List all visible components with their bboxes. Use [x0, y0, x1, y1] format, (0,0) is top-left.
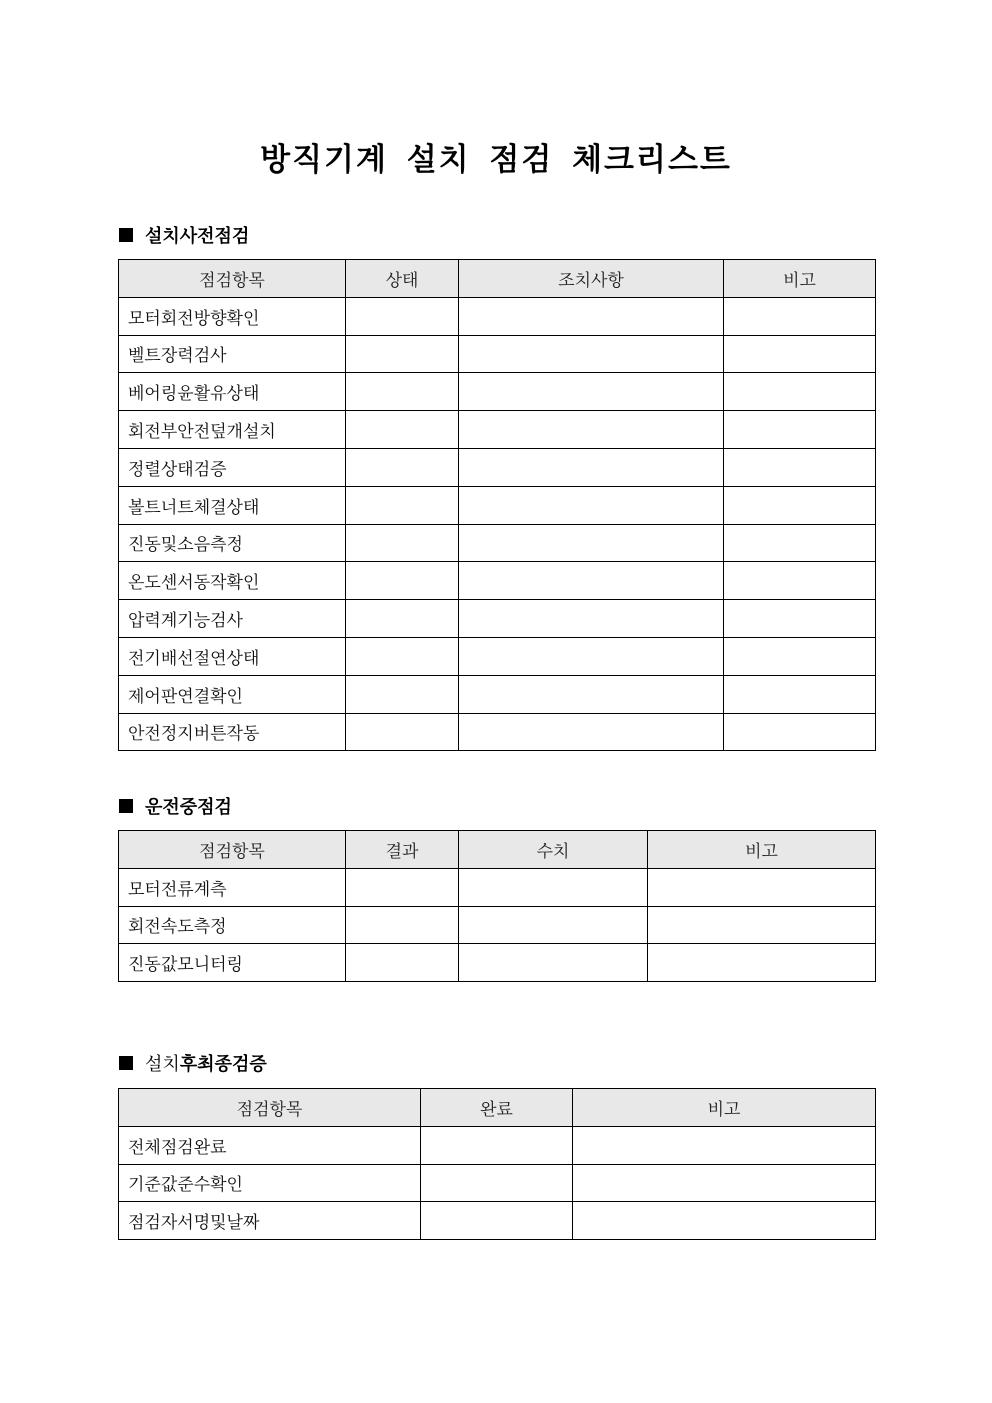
complete-cell[interactable]: [421, 1126, 573, 1164]
remarks-cell[interactable]: [724, 600, 876, 638]
remarks-cell[interactable]: [648, 868, 876, 906]
status-cell[interactable]: [346, 524, 459, 562]
remarks-cell[interactable]: [724, 297, 876, 335]
table-row: 기준값준수확인: [119, 1164, 876, 1202]
status-cell[interactable]: [346, 675, 459, 713]
column-header-item: 점검항목: [119, 831, 346, 869]
square-bullet-icon: [119, 1056, 133, 1070]
remarks-cell[interactable]: [724, 373, 876, 411]
table-row: 벨트장력검사: [119, 335, 876, 373]
remarks-cell[interactable]: [724, 411, 876, 449]
column-header-remarks: 비고: [648, 831, 876, 869]
item-cell: 제어판연결확인: [119, 675, 346, 713]
action-cell[interactable]: [459, 675, 724, 713]
section-heading-bold: 후최종검증: [180, 1050, 267, 1076]
status-cell[interactable]: [346, 562, 459, 600]
remarks-cell[interactable]: [573, 1126, 876, 1164]
section-heading-operation: 운전중점검: [119, 794, 232, 818]
column-header-result: 결과: [346, 831, 459, 869]
action-cell[interactable]: [459, 524, 724, 562]
item-cell: 압력계기능검사: [119, 600, 346, 638]
table-row: 진동값모니터링: [119, 944, 876, 982]
value-cell[interactable]: [459, 906, 648, 944]
column-header-status: 상태: [346, 260, 459, 298]
item-cell: 벨트장력검사: [119, 335, 346, 373]
value-cell[interactable]: [459, 868, 648, 906]
remarks-cell[interactable]: [573, 1202, 876, 1240]
complete-cell[interactable]: [421, 1164, 573, 1202]
table-row: 전기배선절연상태: [119, 637, 876, 675]
table-row: 모터전류계측: [119, 868, 876, 906]
action-cell[interactable]: [459, 411, 724, 449]
table-header-row: 점검항목 완료 비고: [119, 1089, 876, 1127]
remarks-cell[interactable]: [724, 524, 876, 562]
action-cell[interactable]: [459, 486, 724, 524]
section-heading-final: 설치 후최종검증: [119, 1051, 267, 1075]
document-title: 방직기계 설치 점검 체크리스트: [0, 134, 992, 179]
remarks-cell[interactable]: [724, 675, 876, 713]
item-cell: 기준값준수확인: [119, 1164, 421, 1202]
item-cell: 진동값모니터링: [119, 944, 346, 982]
final-verification-table: 점검항목 완료 비고 전체점검완료 기준값준수확인 점검자서명및날짜: [118, 1088, 876, 1240]
section-heading-pre-install: 설치사전점검: [119, 223, 249, 247]
item-cell: 모터전류계측: [119, 868, 346, 906]
operation-table: 점검항목 결과 수치 비고 모터전류계측 회전속도측정 진동값모니터링: [118, 830, 876, 982]
action-cell[interactable]: [459, 335, 724, 373]
table-header-row: 점검항목 상태 조치사항 비고: [119, 260, 876, 298]
action-cell[interactable]: [459, 713, 724, 751]
remarks-cell[interactable]: [724, 713, 876, 751]
item-cell: 베어링윤활유상태: [119, 373, 346, 411]
action-cell[interactable]: [459, 600, 724, 638]
remarks-cell[interactable]: [724, 448, 876, 486]
action-cell[interactable]: [459, 562, 724, 600]
status-cell[interactable]: [346, 335, 459, 373]
table-row: 온도센서동작확인: [119, 562, 876, 600]
table-row: 점검자서명및날짜: [119, 1202, 876, 1240]
item-cell: 전기배선절연상태: [119, 637, 346, 675]
item-cell: 볼트너트체결상태: [119, 486, 346, 524]
item-cell: 안전정지버튼작동: [119, 713, 346, 751]
table-row: 제어판연결확인: [119, 675, 876, 713]
table-row: 진동및소음측정: [119, 524, 876, 562]
result-cell[interactable]: [346, 906, 459, 944]
remarks-cell[interactable]: [573, 1164, 876, 1202]
square-bullet-icon: [119, 228, 133, 242]
table-row: 회전속도측정: [119, 906, 876, 944]
action-cell[interactable]: [459, 297, 724, 335]
table-row: 전체점검완료: [119, 1126, 876, 1164]
status-cell[interactable]: [346, 600, 459, 638]
remarks-cell[interactable]: [724, 335, 876, 373]
result-cell[interactable]: [346, 944, 459, 982]
status-cell[interactable]: [346, 713, 459, 751]
status-cell[interactable]: [346, 411, 459, 449]
table-row: 회전부안전덮개설치: [119, 411, 876, 449]
item-cell: 전체점검완료: [119, 1126, 421, 1164]
column-header-action: 조치사항: [459, 260, 724, 298]
column-header-item: 점검항목: [119, 1089, 421, 1127]
remarks-cell[interactable]: [648, 944, 876, 982]
status-cell[interactable]: [346, 448, 459, 486]
column-header-item: 점검항목: [119, 260, 346, 298]
section-heading-regular: 설치: [145, 1050, 180, 1076]
value-cell[interactable]: [459, 944, 648, 982]
action-cell[interactable]: [459, 637, 724, 675]
table-row: 정렬상태검증: [119, 448, 876, 486]
action-cell[interactable]: [459, 373, 724, 411]
column-header-value: 수치: [459, 831, 648, 869]
pre-install-table: 점검항목 상태 조치사항 비고 모터회전방향확인 벨트장력검사 베어링윤활유상태…: [118, 259, 876, 751]
item-cell: 회전속도측정: [119, 906, 346, 944]
item-cell: 모터회전방향확인: [119, 297, 346, 335]
remarks-cell[interactable]: [648, 906, 876, 944]
square-bullet-icon: [119, 799, 133, 813]
remarks-cell[interactable]: [724, 486, 876, 524]
table-header-row: 점검항목 결과 수치 비고: [119, 831, 876, 869]
complete-cell[interactable]: [421, 1202, 573, 1240]
table-row: 모터회전방향확인: [119, 297, 876, 335]
table-row: 안전정지버튼작동: [119, 713, 876, 751]
table-row: 압력계기능검사: [119, 600, 876, 638]
action-cell[interactable]: [459, 448, 724, 486]
item-cell: 점검자서명및날짜: [119, 1202, 421, 1240]
table-row: 베어링윤활유상태: [119, 373, 876, 411]
status-cell[interactable]: [346, 637, 459, 675]
status-cell[interactable]: [346, 297, 459, 335]
item-cell: 온도센서동작확인: [119, 562, 346, 600]
section-heading-bold: 설치사전점검: [145, 222, 249, 248]
column-header-remarks: 비고: [724, 260, 876, 298]
remarks-cell[interactable]: [724, 637, 876, 675]
column-header-complete: 완료: [421, 1089, 573, 1127]
table-row: 볼트너트체결상태: [119, 486, 876, 524]
status-cell[interactable]: [346, 486, 459, 524]
column-header-remarks: 비고: [573, 1089, 876, 1127]
result-cell[interactable]: [346, 868, 459, 906]
item-cell: 회전부안전덮개설치: [119, 411, 346, 449]
item-cell: 정렬상태검증: [119, 448, 346, 486]
section-heading-bold: 운전중점검: [145, 793, 232, 819]
remarks-cell[interactable]: [724, 562, 876, 600]
status-cell[interactable]: [346, 373, 459, 411]
item-cell: 진동및소음측정: [119, 524, 346, 562]
